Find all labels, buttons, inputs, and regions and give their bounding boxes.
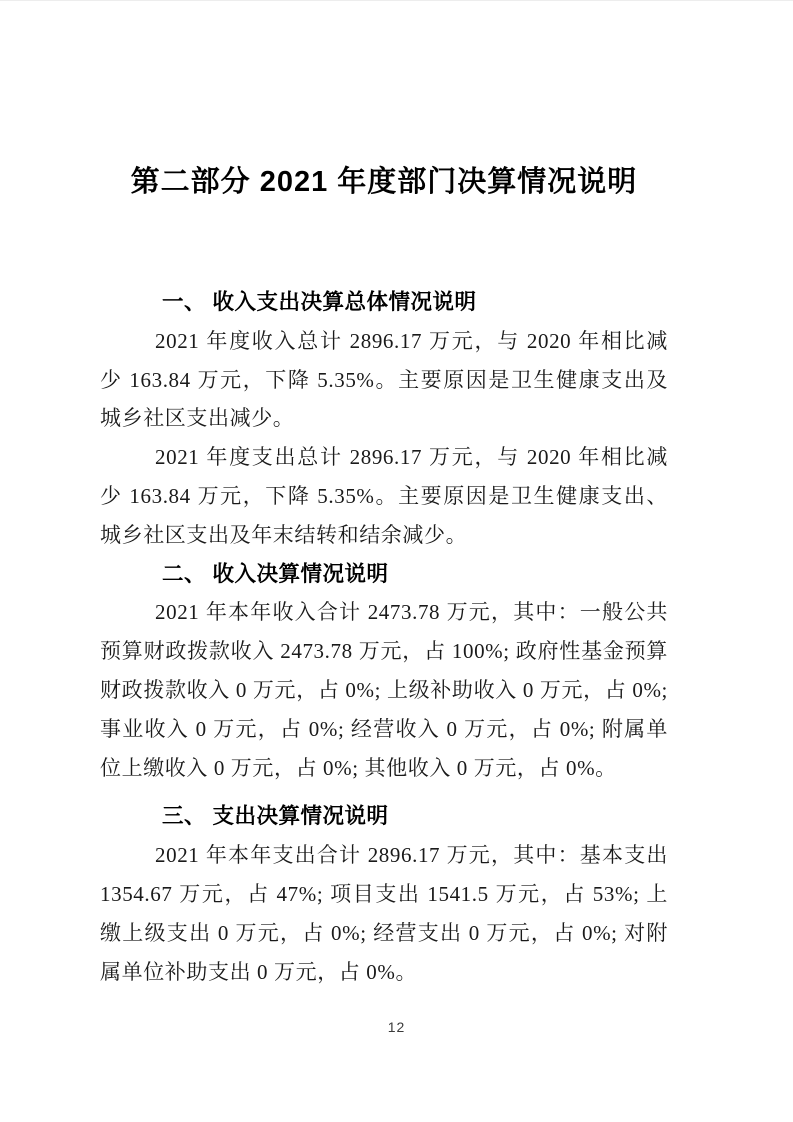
section-1-paragraph-expenditure: 2021 年度支出总计 2896.17 万元，与 2020 年相比减少 163.…: [100, 438, 668, 554]
section-3-heading: 三、 支出决算情况说明: [100, 797, 668, 836]
document-content: 第二部分 2021 年度部门决算情况说明 一、 收入支出决算总体情况说明 202…: [100, 1, 668, 991]
section-2-heading: 二、 收入决算情况说明: [100, 555, 668, 594]
section-2-paragraph-income-detail: 2021 年本年收入合计 2473.78 万元，其中：一般公共预算财政拨款收入 …: [100, 593, 668, 787]
section-3-paragraph-expenditure-detail: 2021 年本年支出合计 2896.17 万元，其中：基本支出 1354.67 …: [100, 836, 668, 991]
section-1-heading: 一、 收入支出决算总体情况说明: [100, 283, 668, 322]
section-overall-summary: 一、 收入支出决算总体情况说明 2021 年度收入总计 2896.17 万元，与…: [100, 283, 668, 555]
section-expenditure-summary: 三、 支出决算情况说明 2021 年本年支出合计 2896.17 万元，其中：基…: [100, 797, 668, 991]
document-title: 第二部分 2021 年度部门决算情况说明: [100, 160, 668, 204]
section-1-paragraph-income: 2021 年度收入总计 2896.17 万元，与 2020 年相比减少 163.…: [100, 322, 668, 438]
page-number: 12: [0, 1019, 793, 1035]
document-page: 第二部分 2021 年度部门决算情况说明 一、 收入支出决算总体情况说明 202…: [0, 0, 793, 1122]
section-income-summary: 二、 收入决算情况说明 2021 年本年收入合计 2473.78 万元，其中：一…: [100, 555, 668, 788]
